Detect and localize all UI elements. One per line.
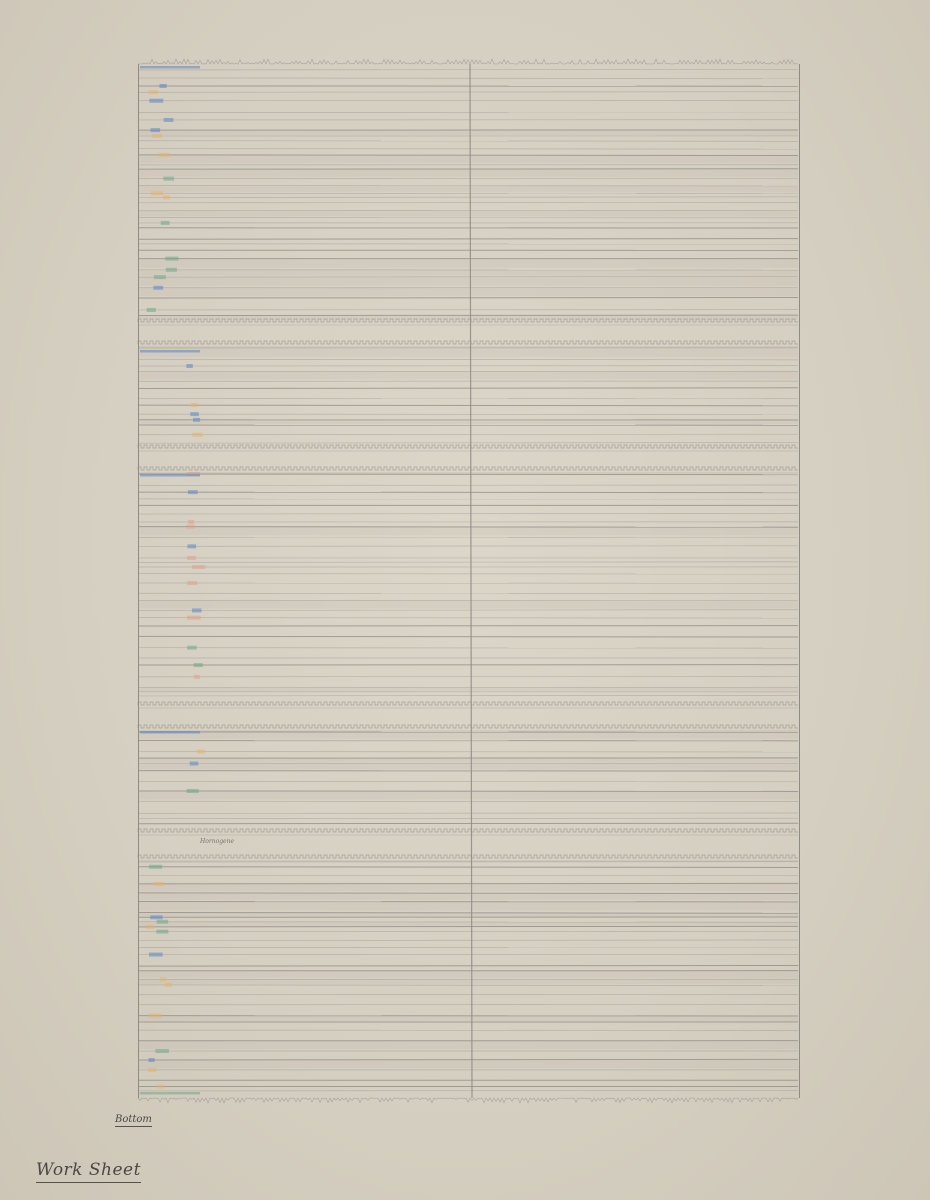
title-label: Work Sheet (36, 1160, 141, 1183)
pencil-drawing (0, 0, 930, 1200)
bottom-label: Bottom (115, 1114, 152, 1127)
annotation-text: Hornogene (200, 838, 234, 845)
